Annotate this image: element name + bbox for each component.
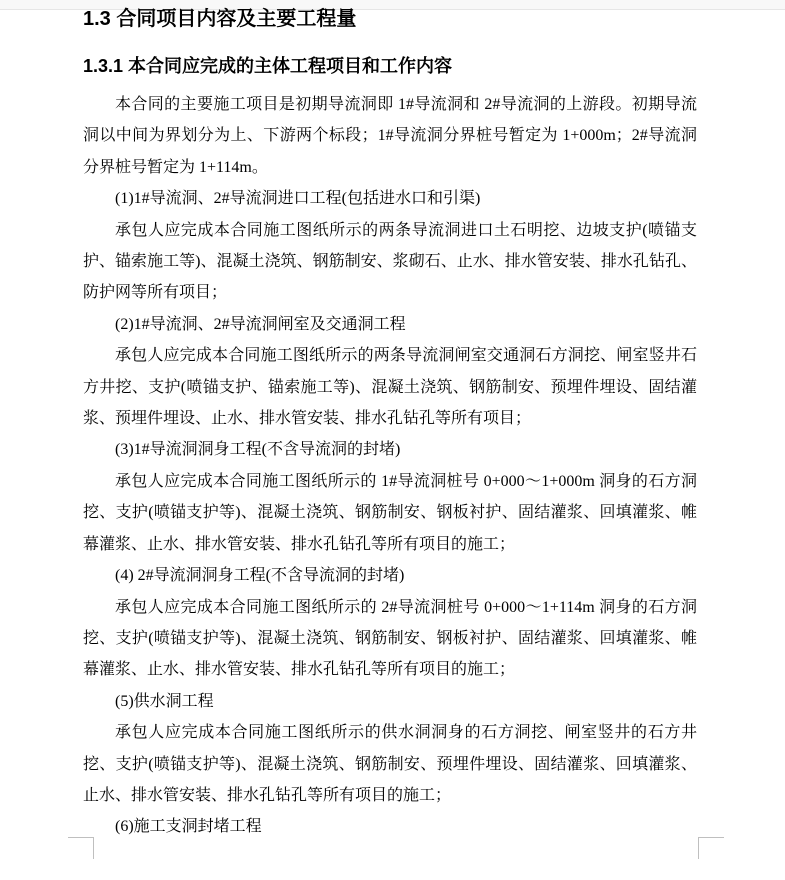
list-item-5-body: 承包人应完成本合同施工图纸所示的供水洞洞身的石方洞挖、闸室竖井的石方井挖、支护(… [83, 717, 697, 811]
document-body: 1.3 合同项目内容及主要工程量 1.3.1 本合同应完成的主体工程项目和工作内… [83, 0, 697, 843]
list-item-3-title: (3)1#导流洞洞身工程(不含导流洞的封堵) [83, 434, 697, 465]
list-item-1-title: (1)1#导流洞、2#导流洞进口工程(包括进水口和引渠) [83, 183, 697, 214]
body-text: 本合同的主要施工项目是初期导流洞即 1#导流洞和 2#导流洞的上游段。初期导流洞… [83, 89, 697, 843]
list-item-3-body: 承包人应完成本合同施工图纸所示的 1#导流洞桩号 0+000～1+000m 洞身… [83, 466, 697, 560]
subsection-heading: 1.3.1 本合同应完成的主体工程项目和工作内容 [83, 54, 697, 78]
section-heading: 1.3 合同项目内容及主要工程量 [83, 0, 697, 32]
bottom-right-margin-mark [698, 837, 724, 859]
list-item-2-title: (2)1#导流洞、2#导流洞闸室及交通洞工程 [83, 309, 697, 340]
list-item-5-title: (5)供水洞工程 [83, 686, 697, 717]
paragraph-intro: 本合同的主要施工项目是初期导流洞即 1#导流洞和 2#导流洞的上游段。初期导流洞… [83, 89, 697, 183]
list-item-2-body: 承包人应完成本合同施工图纸所示的两条导流洞闸室交通洞石方洞挖、闸室竖井石方井挖、… [83, 340, 697, 434]
list-item-6-title: (6)施工支洞封堵工程 [83, 811, 697, 842]
list-item-1-body: 承包人应完成本合同施工图纸所示的两条导流洞进口土石明挖、边坡支护(喷锚支护、锚索… [83, 215, 697, 309]
bottom-left-margin-mark [68, 837, 94, 859]
list-item-4-body: 承包人应完成本合同施工图纸所示的 2#导流洞桩号 0+000～1+114m 洞身… [83, 592, 697, 686]
document-page: 1.3 合同项目内容及主要工程量 1.3.1 本合同应完成的主体工程项目和工作内… [0, 0, 785, 880]
list-item-4-title: (4) 2#导流洞洞身工程(不含导流洞的封堵) [83, 560, 697, 591]
